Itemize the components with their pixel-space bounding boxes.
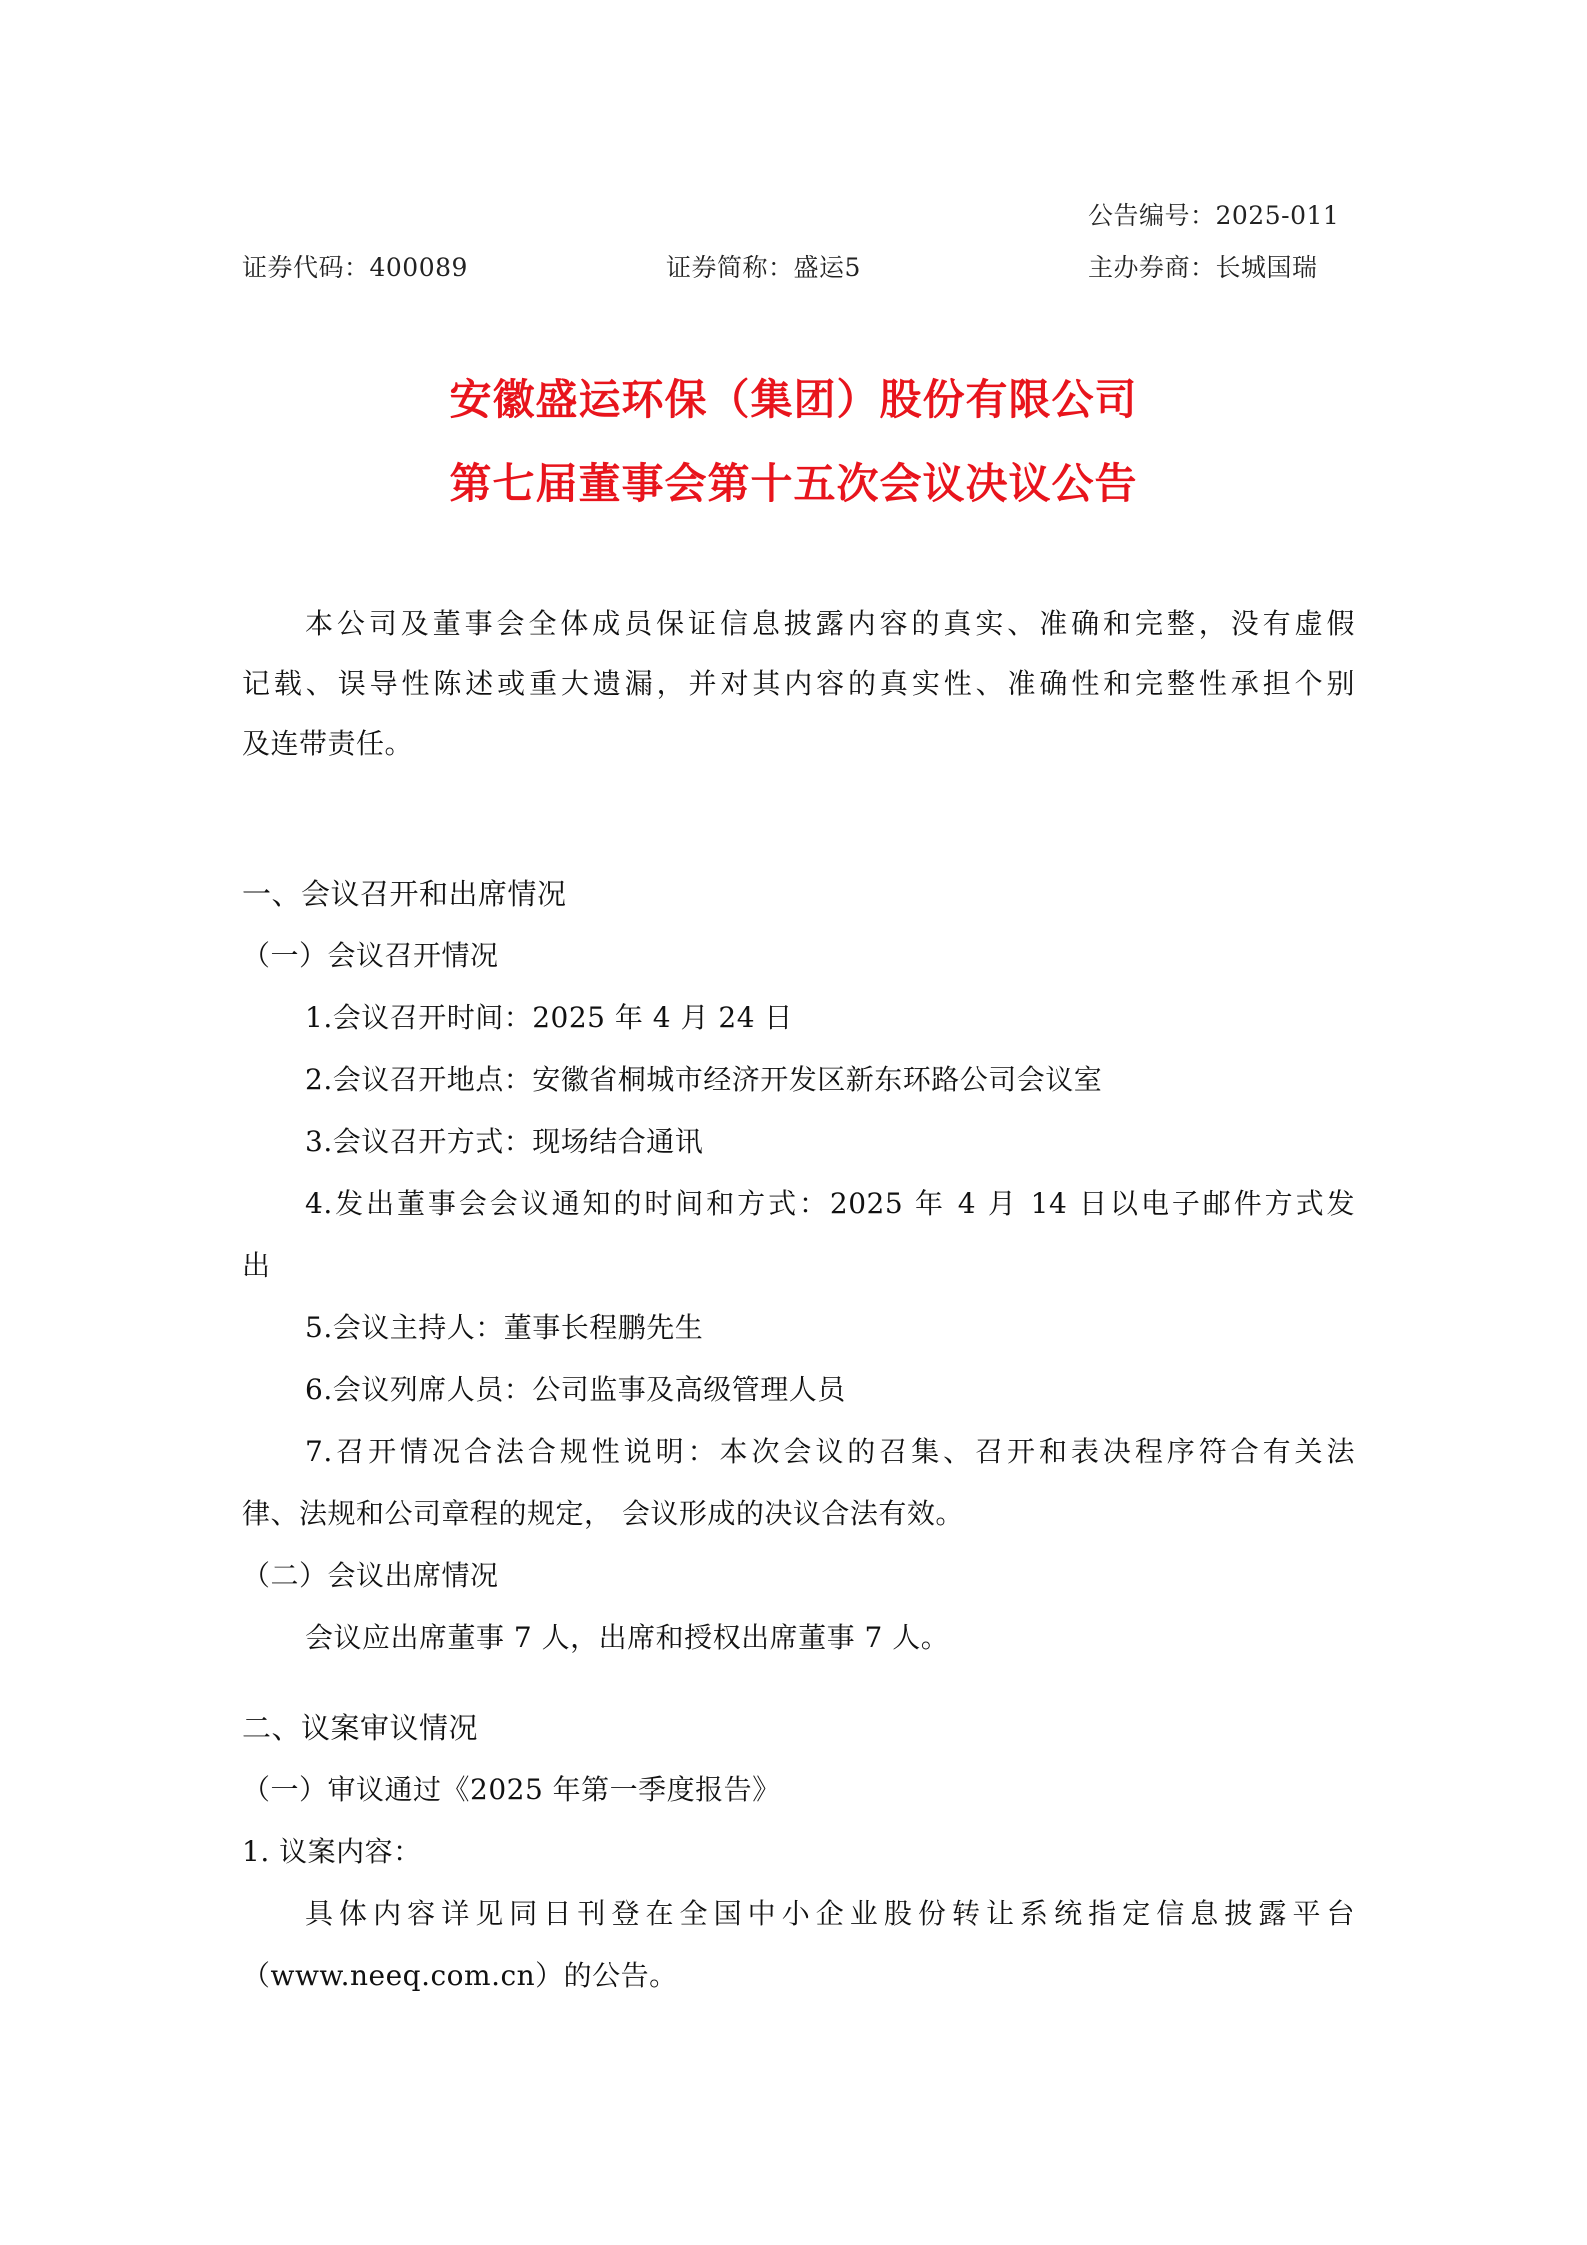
proposal-content-line-2: （www.neeq.com.cn）的公告。 [242, 1956, 678, 1996]
security-name: 证券简称：盛运5 [666, 248, 861, 288]
section-2-heading: 二、议案审议情况 [242, 1708, 478, 1748]
section-1-sub-2-heading: （二）会议出席情况 [242, 1556, 499, 1596]
statement-line-1: 本公司及董事会全体成员保证信息披露内容的真实、准确和完整，没有虚假 [305, 604, 1355, 644]
announcement-number: 公告编号：2025-011 [1088, 196, 1339, 236]
statement-line-3: 及连带责任。 [242, 724, 413, 764]
proposal-content-label: 1. 议案内容： [242, 1832, 422, 1872]
company-title: 安徽盛运环保（集团）股份有限公司 [0, 372, 1587, 428]
proposal-content-line-1: 具体内容详见同日刊登在全国中小企业股份转让系统指定信息披露平台 [305, 1894, 1355, 1934]
section-1-sub-1-heading: （一）会议召开情况 [242, 936, 499, 976]
announcement-title: 第七届董事会第十五次会议决议公告 [0, 456, 1587, 512]
notice-time-method: 4.发出董事会会议通知的时间和方式：2025 年 4 月 14 日以电子邮件方式… [305, 1184, 1355, 1224]
sponsor-broker: 主办券商：长城国瑞 [1088, 248, 1318, 288]
meeting-time: 1.会议召开时间：2025 年 4 月 24 日 [305, 998, 793, 1038]
meeting-method: 3.会议召开方式：现场结合通讯 [305, 1122, 703, 1162]
meeting-attendees: 6.会议列席人员：公司监事及高级管理人员 [305, 1370, 846, 1410]
compliance-statement-cont: 律、法规和公司章程的规定， 会议形成的决议合法有效。 [242, 1494, 964, 1534]
meeting-location: 2.会议召开地点：安徽省桐城市经济开发区新东环路公司会议室 [305, 1060, 1102, 1100]
statement-line-2: 记载、误导性陈述或重大遗漏，并对其内容的真实性、准确性和完整性承担个别 [242, 664, 1355, 704]
section-1-heading: 一、会议召开和出席情况 [242, 874, 567, 914]
security-code: 证券代码：400089 [242, 248, 468, 288]
section-2-sub-1-heading: （一）审议通过《2025 年第一季度报告》 [242, 1770, 781, 1810]
notice-time-method-cont: 出 [242, 1246, 271, 1286]
compliance-statement: 7.召开情况合法合规性说明：本次会议的召集、召开和表决程序符合有关法 [305, 1432, 1355, 1472]
attendance-text: 会议应出席董事 7 人，出席和授权出席董事 7 人。 [305, 1618, 949, 1658]
meeting-host: 5.会议主持人：董事长程鹏先生 [305, 1308, 703, 1348]
